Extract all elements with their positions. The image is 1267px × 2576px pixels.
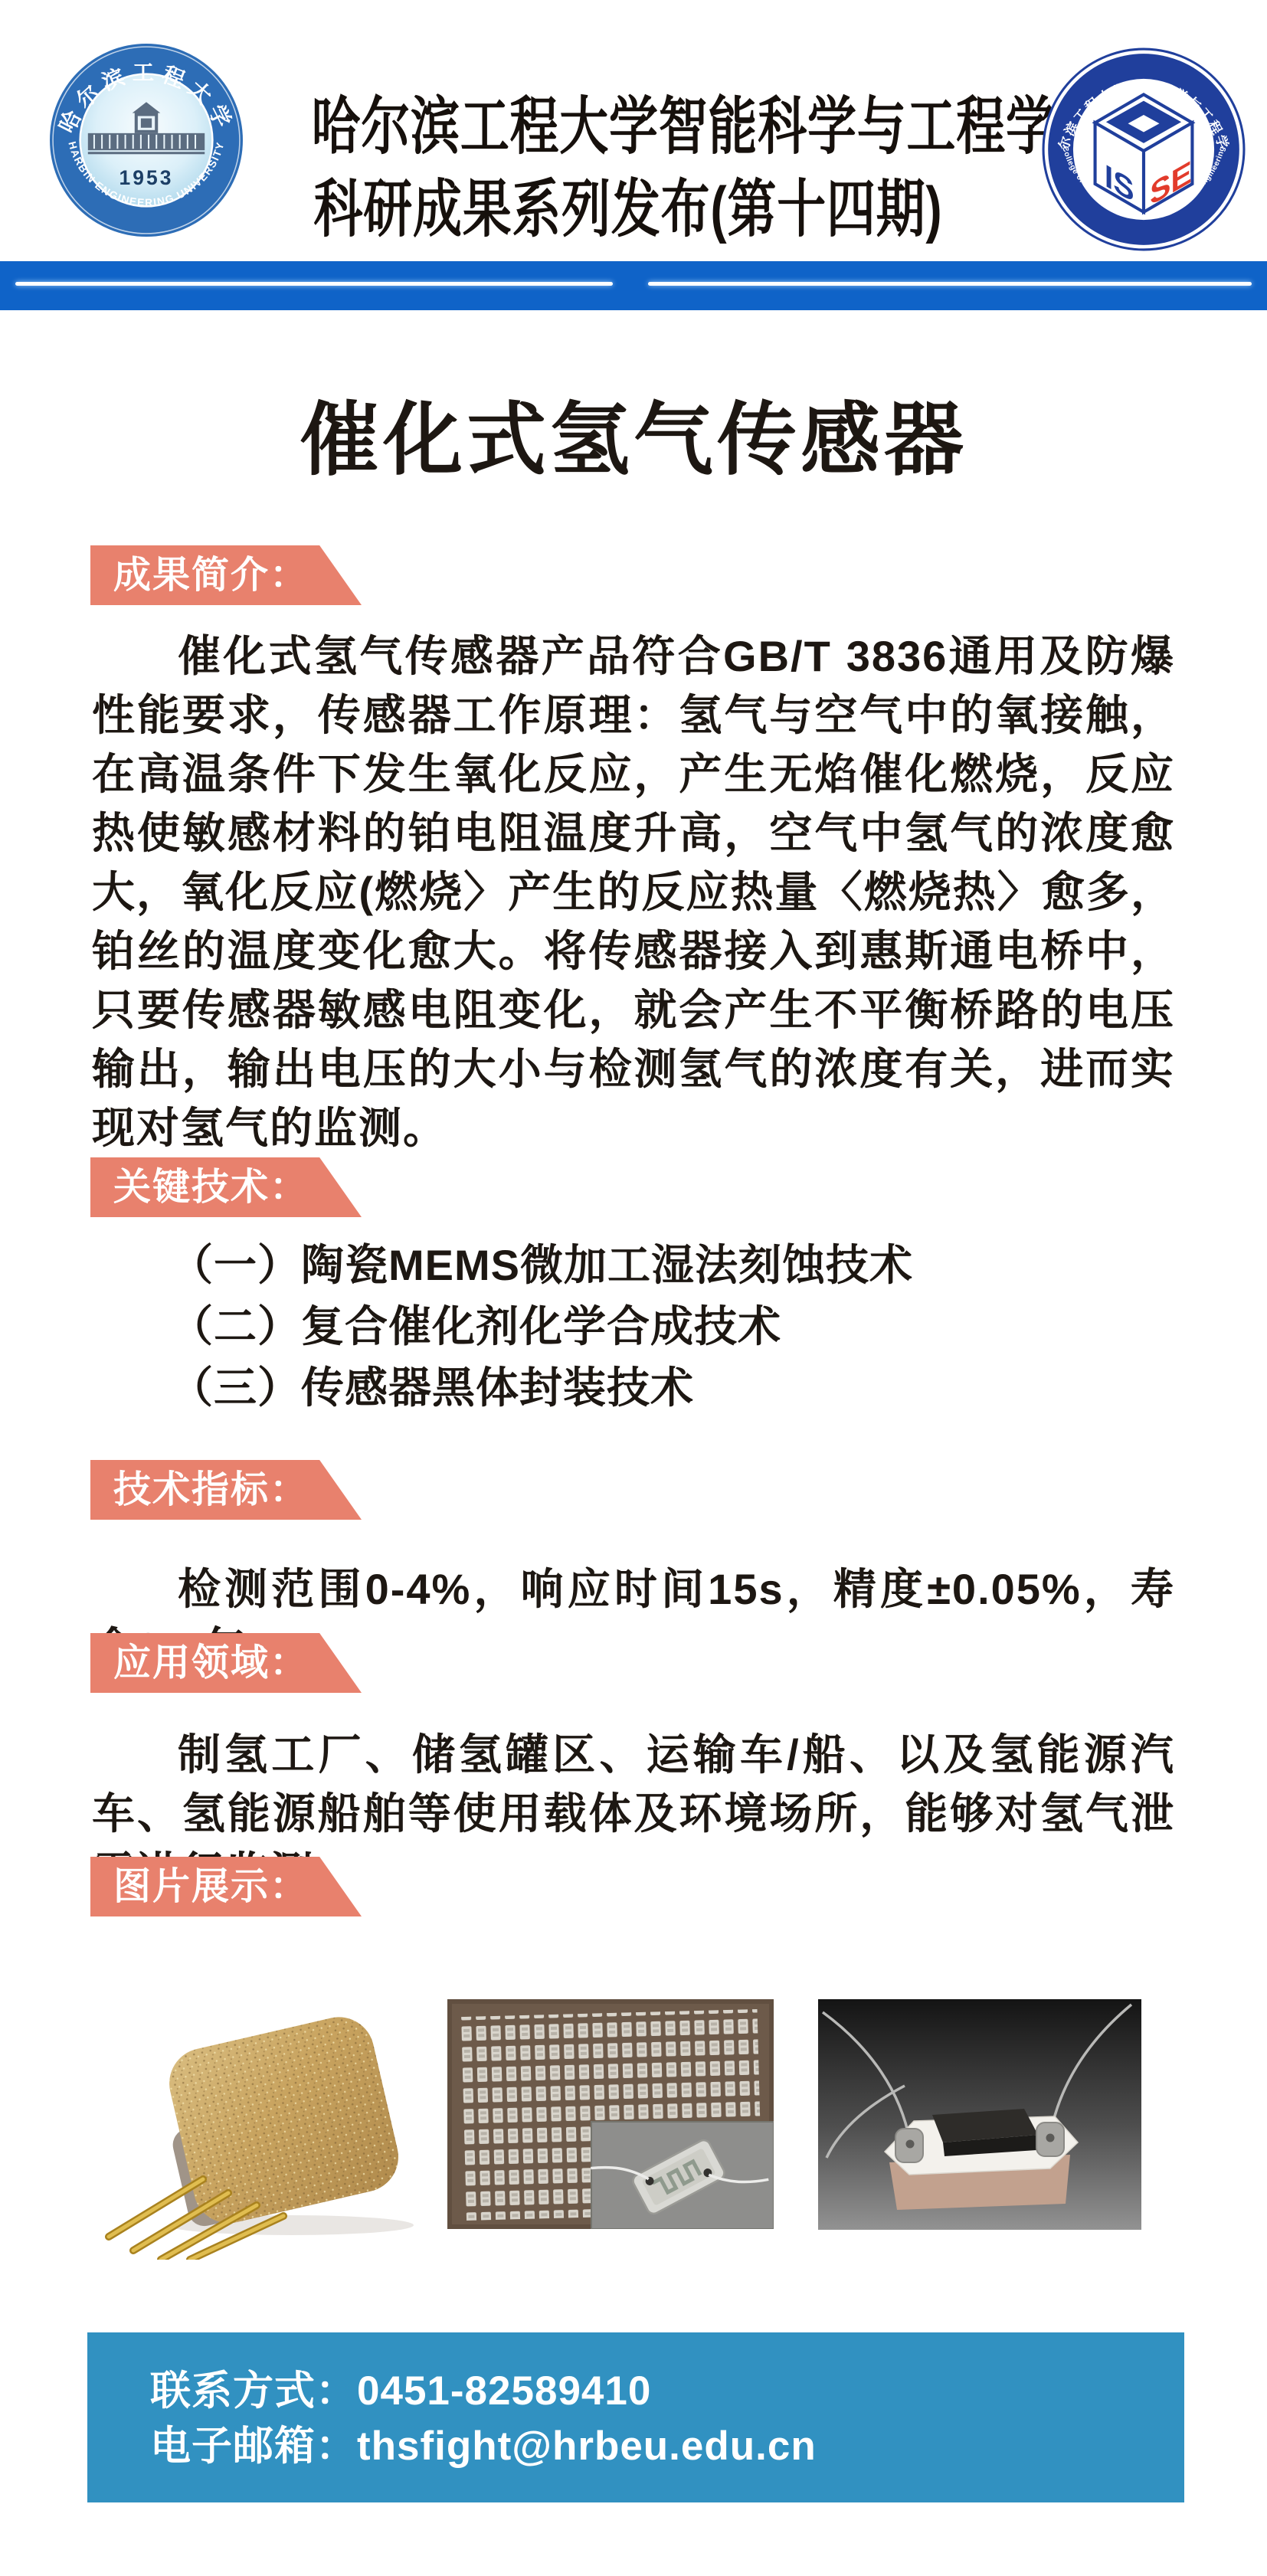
section-banner-intro: 成果简介： <box>90 545 362 605</box>
section-banner-gallery: 图片展示： <box>90 1857 362 1916</box>
key-tech-item: （二）复合催化剂化学合成技术 <box>170 1296 913 1357</box>
section-banner-key-tech: 关键技术： <box>90 1157 362 1217</box>
header-title-block: 哈尔滨工程大学智能科学与工程学院 科研成果系列发布(第十四期) <box>222 86 1034 251</box>
footer-contact-box: 联系方式：0451-82589410 电子邮箱：thsfight@hrbeu.e… <box>87 2332 1184 2502</box>
seal-year: 1953 <box>119 166 174 189</box>
key-tech-item: （三）传感器黑体封装技术 <box>170 1357 913 1419</box>
divider-band <box>0 261 1267 310</box>
contact-phone: 0451-82589410 <box>357 2368 651 2414</box>
porous-metal-cap-sensor-photo <box>100 1992 437 2260</box>
college-logo: 哈尔滨工程大学智能科学与工程学院 College of Intelligent … <box>1042 47 1246 251</box>
email-value: thsfight@hrbeu.edu.cn <box>357 2424 817 2469</box>
page-title: 催化式氢气传感器 <box>0 375 1267 490</box>
header-line1: 哈尔滨工程大学智能科学与工程学院 <box>312 86 945 169</box>
key-tech-item: （一）陶瓷MEMS微加工湿法刻蚀技术 <box>170 1235 913 1296</box>
university-seal: 哈尔滨工程大学 1953 HARBIN ENGINEERING UNIVERSI… <box>49 43 244 237</box>
header-line2: 科研成果系列发布(第十四期) <box>312 169 945 251</box>
band-line-left <box>15 282 613 286</box>
email-label: 电子邮箱： <box>150 2424 357 2469</box>
ceramic-mems-wafer-array-photo <box>447 1999 774 2229</box>
poster-page: 哈尔滨工程大学 1953 HARBIN ENGINEERING UNIVERSI… <box>0 0 1267 2576</box>
section-banner-indicators: 技术指标： <box>90 1460 362 1520</box>
band-line-right <box>648 282 1252 286</box>
footer-phone-line: 联系方式：0451-82589410 <box>150 2358 651 2417</box>
intro-paragraph: 催化式氢气传感器产品符合GB/T 3836通用及防爆性能要求，传感器工作原理：氢… <box>92 627 1175 1157</box>
key-tech-list: （一）陶瓷MEMS微加工湿法刻蚀技术 （二）复合催化剂化学合成技术 （三）传感器… <box>170 1235 913 1419</box>
contact-label: 联系方式： <box>150 2368 357 2414</box>
footer-email-line: 电子邮箱：thsfight@hrbeu.edu.cn <box>150 2414 817 2472</box>
packaged-sensor-element-photo <box>818 1999 1141 2230</box>
section-banner-applications: 应用领域： <box>90 1633 362 1693</box>
